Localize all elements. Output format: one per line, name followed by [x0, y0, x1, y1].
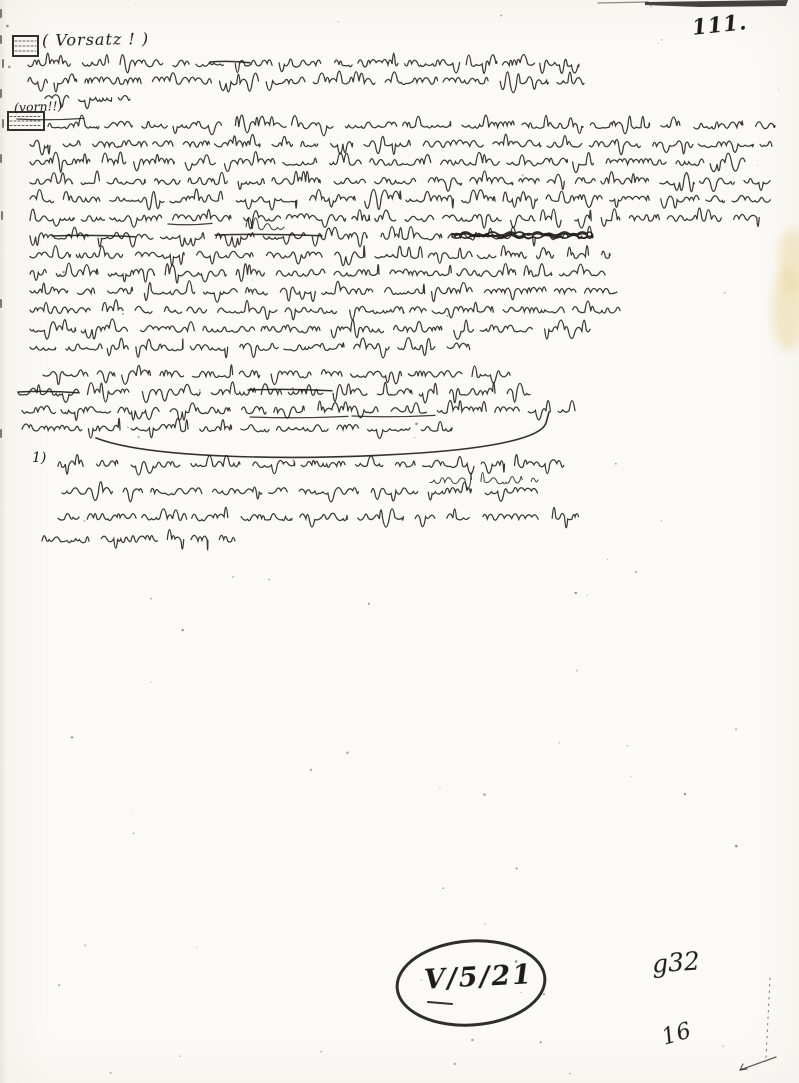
manuscript-page: 111. ( Vorsatz ! ) (vorn!!) 1) V/5/21 g3… — [0, 0, 799, 1083]
footnote-marker: 1) — [32, 450, 46, 466]
margin-note: (vorn!!) — [14, 98, 63, 115]
catalog-mark: g32 — [651, 946, 701, 978]
handwriting-ink-layer — [0, 0, 799, 1083]
heading-note: ( Vorsatz ! ) — [42, 29, 149, 50]
archive-signature: V/5/21 — [423, 959, 534, 996]
